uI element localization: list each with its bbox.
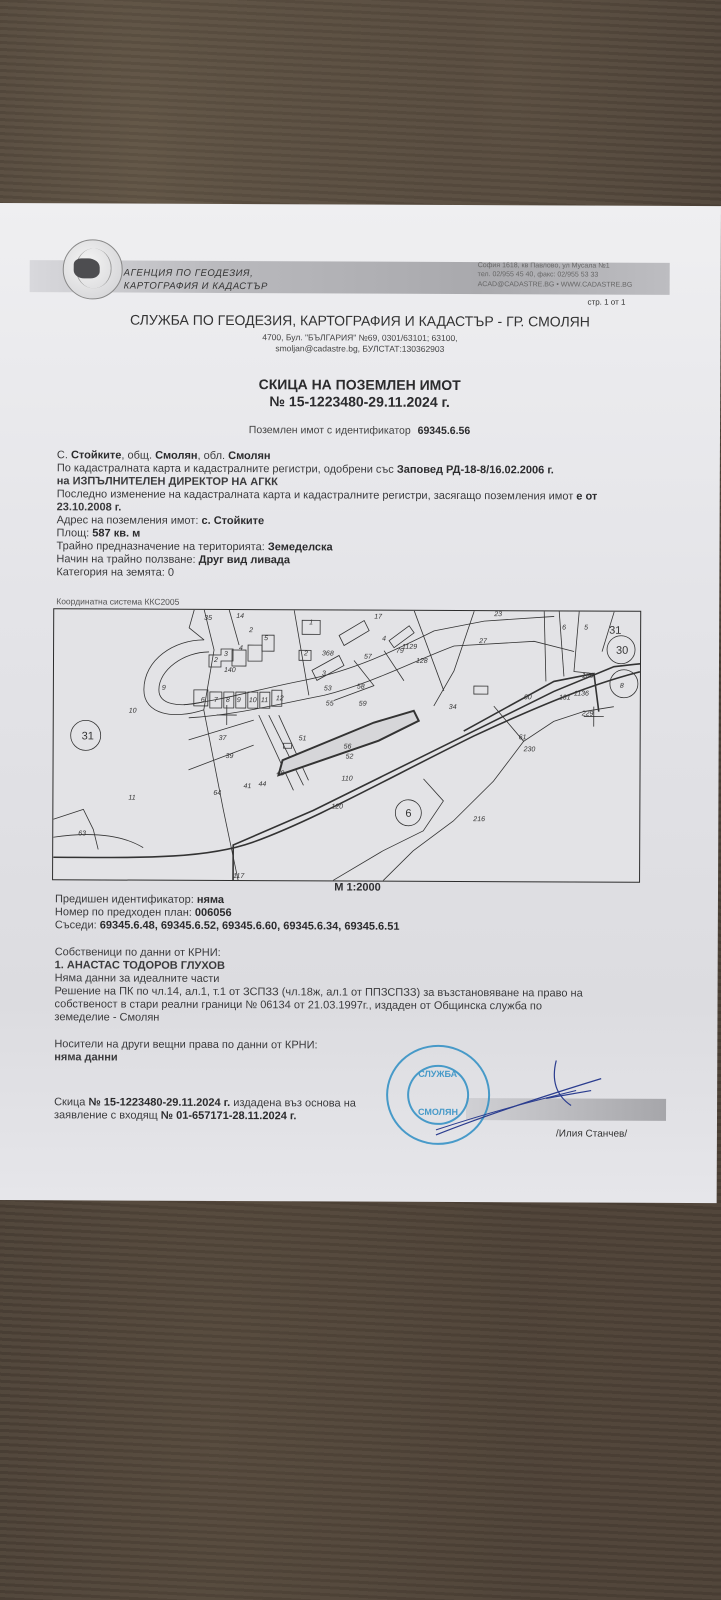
svg-text:117: 117 (233, 873, 245, 880)
svg-text:110: 110 (341, 775, 352, 782)
issued-prefix: Скица (54, 1096, 85, 1108)
svg-text:9: 9 (237, 697, 241, 704)
property-category: Категория на земята: 0 (56, 566, 174, 579)
prev-id-label: Предишен идентификатор: (55, 893, 194, 906)
page-indicator: стр. 1 от 1 (588, 298, 626, 307)
svg-text:3: 3 (322, 670, 326, 677)
property-purpose: Трайно предназначение на територията: Зе… (56, 540, 332, 553)
svg-text:17: 17 (374, 614, 383, 621)
agency-phone: тел. 02/955 45 40, факс: 02/955 53 33 (478, 270, 599, 280)
application-line: заявление с входящ № 01-657171-28.11.202… (54, 1109, 296, 1122)
last-change-date: 23.10.2008 г. (57, 501, 122, 513)
svg-text:2: 2 (303, 650, 308, 657)
svg-text:229: 229 (581, 711, 594, 718)
svg-text:58: 58 (357, 684, 365, 691)
village-prefix: С. (57, 449, 68, 461)
svg-text:1: 1 (309, 619, 313, 626)
category-label: Категория на земята: (56, 566, 164, 578)
property-usage: Начин на трайно ползване: Друг вид ливад… (56, 553, 290, 566)
svg-text:9: 9 (162, 685, 166, 692)
svg-text:23: 23 (493, 611, 502, 618)
agency-name-line2: КАРТОГРАФИЯ И КАДАСТЪР (124, 281, 268, 293)
issued-number: № 15-1223480-29.11.2024 г. (88, 1096, 230, 1109)
svg-text:6: 6 (405, 808, 411, 820)
svg-text:59: 59 (359, 701, 367, 708)
location-line: С. Стойките, общ. Смолян, обл. Смолян (57, 449, 271, 462)
issued-suffix: издадена въз основа на (233, 1097, 356, 1110)
other-rights-label: Носители на други вещни права по данни о… (54, 1038, 317, 1051)
issued-line: Скица № 15-1223480-29.11.2024 г. издаден… (54, 1096, 356, 1109)
svg-text:39: 39 (226, 753, 234, 760)
svg-text:131: 131 (559, 694, 571, 701)
svg-text:30: 30 (616, 645, 628, 657)
svg-text:2: 2 (213, 657, 218, 664)
identifier-label: Поземлен имот с идентификатор (249, 424, 411, 437)
svg-text:216: 216 (472, 816, 485, 823)
svg-text:230: 230 (523, 746, 536, 753)
svg-text:3: 3 (224, 651, 228, 658)
property-address-value: с. Стойките (201, 515, 264, 527)
svg-text:10: 10 (129, 708, 137, 715)
svg-text:27: 27 (478, 638, 488, 645)
svg-text:61: 61 (519, 734, 527, 741)
usage-value: Друг вид ливада (199, 554, 290, 566)
svg-text:64: 64 (213, 790, 221, 797)
municipality: Смолян (155, 450, 197, 462)
other-rights-value: няма данни (54, 1051, 117, 1063)
svg-text:14: 14 (236, 613, 244, 620)
svg-text:31: 31 (82, 730, 94, 742)
last-change-suffix: е от (576, 491, 597, 503)
owner-decision-line3: земеделие - Смолян (54, 1011, 159, 1023)
svg-text:60: 60 (524, 694, 532, 701)
register-approval-line: По кадастралната карта и кадастралните р… (57, 462, 554, 476)
svg-text:44: 44 (258, 781, 266, 788)
owners-label: Собственици по данни от КРНИ: (55, 946, 221, 959)
municipality-label: , общ. (121, 450, 152, 462)
svg-text:31: 31 (609, 625, 621, 637)
svg-text:12: 12 (276, 695, 284, 702)
approval-text: По кадастралната карта и кадастралните р… (57, 462, 394, 475)
usage-label: Начин на трайно ползване: (56, 553, 195, 566)
svg-text:10: 10 (249, 697, 257, 704)
application-prefix: заявление с входящ (54, 1109, 158, 1121)
last-change-line: Последно изменение на кадастралната карт… (57, 488, 598, 502)
svg-text:7: 7 (214, 697, 219, 704)
svg-text:368: 368 (322, 650, 334, 657)
owner-shares: Няма данни за идеалните части (55, 972, 220, 985)
svg-text:5: 5 (264, 635, 268, 642)
svg-text:51: 51 (299, 735, 307, 742)
agency-name-line1: АГЕНЦИЯ ПО ГЕОДЕЗИЯ, (124, 268, 254, 280)
svg-text:4: 4 (239, 645, 243, 652)
svg-text:8: 8 (226, 697, 230, 704)
service-contact: smoljan@cadastre.bg, БУЛСТАТ:130362903 (0, 342, 720, 355)
owner-name: 1. АНАСТАС ТОДОРОВ ГЛУХОВ (55, 959, 225, 972)
svg-text:11: 11 (261, 697, 268, 704)
svg-text:128: 128 (416, 658, 428, 665)
owner-decision-line1: Решение на ПК по чл.14, ал.1, т.1 от ЗСП… (55, 985, 583, 999)
previous-plan-number: Номер по предходен план: 006056 (55, 906, 232, 919)
property-address-label: Адрес на поземления имот: (57, 514, 199, 527)
svg-text:6: 6 (201, 697, 205, 704)
area-value: 587 кв. м (92, 527, 140, 539)
svg-text:37: 37 (219, 735, 228, 742)
svg-text:130: 130 (582, 673, 594, 680)
svg-text:57: 57 (364, 654, 373, 661)
svg-text:5: 5 (584, 625, 588, 632)
map-drawing: 3514254321409106789101112123683535559585… (53, 609, 640, 882)
svg-text:41: 41 (243, 783, 251, 790)
svg-text:56: 56 (344, 744, 352, 751)
svg-text:63: 63 (78, 830, 86, 837)
svg-text:52: 52 (346, 754, 354, 761)
svg-text:11: 11 (128, 795, 135, 802)
svg-text:6: 6 (562, 624, 566, 631)
svg-text:120: 120 (331, 803, 343, 810)
identifier-line: Поземлен имот с идентификатор 69345.6.56 (0, 423, 720, 438)
area-label: Площ: (57, 527, 90, 539)
last-change-text: Последно изменение на кадастралната карт… (57, 488, 574, 502)
svg-text:8: 8 (620, 683, 624, 690)
cadastral-sketch-document: АГЕНЦИЯ ПО ГЕОДЕЗИЯ, КАРТОГРАФИЯ И КАДАС… (0, 203, 721, 1203)
svg-text:140: 140 (224, 667, 236, 674)
svg-text:2: 2 (248, 627, 253, 634)
application-number: № 01-657171-28.11.2024 г. (161, 1110, 297, 1123)
prev-plan-label: Номер по предходен план: (55, 906, 192, 919)
svg-text:4: 4 (382, 636, 386, 643)
owner-decision-line2: собственост в стари реални граници № 061… (54, 998, 542, 1012)
region-label: , обл. (198, 450, 226, 462)
bulgaria-map-icon (74, 258, 100, 278)
svg-text:34: 34 (449, 704, 457, 711)
purpose-value: Земеделска (268, 541, 333, 553)
service-title: СЛУЖБА ПО ГЕОДЕЗИЯ, КАРТОГРАФИЯ И КАДАСТ… (0, 311, 721, 330)
document-title: СКИЦА НА ПОЗЕМЛЕН ИМОТ (0, 375, 720, 394)
svg-text:48: 48 (276, 770, 284, 777)
coordinate-system: Координатна система ККС2005 (56, 596, 179, 607)
document-number: № 15-1223480-29.11.2024 г. (0, 392, 720, 411)
neighbors: Съседи: 69345.6.48, 69345.6.52, 69345.6.… (55, 919, 400, 933)
category-value: 0 (168, 567, 174, 579)
neighbors-label: Съседи: (55, 919, 97, 931)
svg-text:53: 53 (324, 685, 332, 692)
svg-text:1129: 1129 (402, 644, 417, 651)
prev-plan-value: 006056 (195, 907, 232, 919)
register-order-by: на ИЗПЪЛНИТЕЛЕН ДИРЕКТОР НА АГКК (57, 475, 278, 488)
signer-name: /Илия Станчев/ (556, 1128, 627, 1139)
village: Стойките (71, 449, 122, 461)
purpose-label: Трайно предназначение на територията: (56, 540, 264, 553)
cadastral-map: 3514254321409106789101112123683535559585… (52, 608, 641, 883)
identifier-value: 69345.6.56 (418, 425, 471, 437)
property-area: Площ: 587 кв. м (57, 527, 141, 539)
svg-text:1136: 1136 (574, 691, 589, 698)
svg-text:55: 55 (326, 700, 334, 707)
neighbors-value: 69345.6.48, 69345.6.52, 69345.6.60, 6934… (100, 919, 400, 932)
agency-email-web: ACAD@CADASTRE.BG • WWW.CADASTRE.BG (478, 280, 633, 290)
svg-text:35: 35 (204, 615, 212, 622)
previous-identifier: Предишен идентификатор: няма (55, 893, 224, 906)
prev-id-value: няма (197, 894, 224, 906)
region: Смолян (228, 450, 270, 462)
approval-order: Заповед РД-18-8/16.02.2006 г. (397, 464, 554, 477)
property-address: Адрес на поземления имот: с. Стойките (57, 514, 265, 527)
